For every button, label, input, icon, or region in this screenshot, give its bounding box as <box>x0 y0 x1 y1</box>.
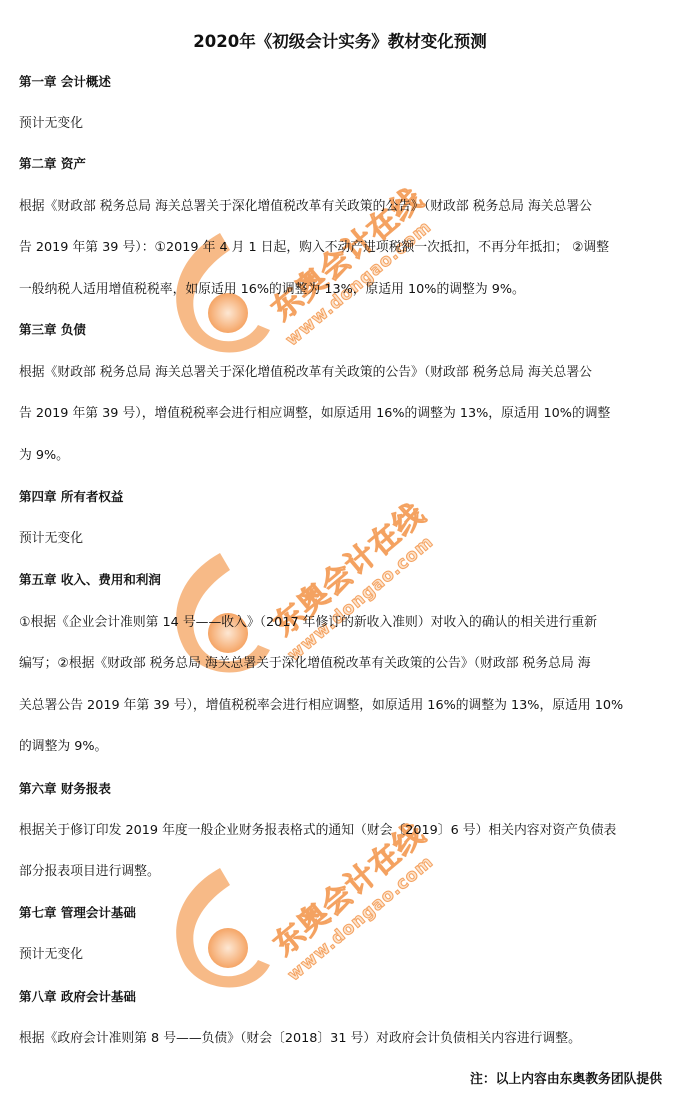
chapter-text: 告 2019 年第 39 号）：①2019 年 4 月 1 日起，购入不动产进项… <box>19 239 664 257</box>
chapter-text: 根据《财政部 税务总局 海关总署关于深化增值税改革有关政策的公告》（财政部 税务… <box>19 198 664 216</box>
chapter-heading: 第五章 收入、费用和利润 <box>19 571 664 589</box>
dongao-swirl-logo-icon <box>160 860 290 1000</box>
chapter-heading: 第二章 资产 <box>19 155 664 173</box>
chapter-text: 预计无变化 <box>19 946 664 964</box>
chapter-text: 根据《财政部 税务总局 海关总署关于深化增值税改革有关政策的公告》（财政部 税务… <box>19 364 664 382</box>
chapter-text: 根据《政府会计准则第 8 号——负债》（财会〔2018〕31 号）对政府会计负债… <box>19 1030 664 1048</box>
chapter-text: 为 9%。 <box>19 447 664 465</box>
chapter-text: ①根据《企业会计准则第 14 号——收入》（2017 年修订的新收入准则）对收入… <box>19 614 664 632</box>
watermark-url-text: www.dongao.com <box>284 532 438 665</box>
chapter-text: 根据关于修订印发 2019 年度一般企业财务报表格式的通知（财会〔2019〕6 … <box>19 822 664 840</box>
chapter-heading: 第七章 管理会计基础 <box>19 904 664 922</box>
chapter-heading: 第一章 会计概述 <box>19 73 664 91</box>
chapter-heading: 第八章 政府会计基础 <box>19 988 664 1006</box>
chapter-text: 部分报表项目进行调整。 <box>19 863 664 881</box>
chapter-text: 预计无变化 <box>19 530 664 548</box>
chapter-text: 的调整为 9%。 <box>19 738 664 756</box>
chapter-text: 编写；②根据《财政部 税务总局 海关总署关于深化增值税改革有关政策的公告》（财政… <box>19 655 664 673</box>
chapter-heading: 第三章 负债 <box>19 321 664 339</box>
chapter-heading: 第六章 财务报表 <box>19 780 664 798</box>
chapter-text: 关总署公告 2019 年第 39 号），增值税税率会进行相应调整，如原适用 16… <box>19 697 664 715</box>
chapter-text: 一般纳税人适用增值税税率，如原适用 16%的调整为 13%，原适用 10%的调整… <box>19 281 664 299</box>
page-title: 2020年《初级会计实务》教材变化预测 <box>0 31 680 53</box>
chapter-text: 告 2019 年第 39 号），增值税税率会进行相应调整，如原适用 16%的调整… <box>19 405 664 423</box>
chapter-heading: 第四章 所有者权益 <box>19 488 664 506</box>
chapter-text: 预计无变化 <box>19 115 664 133</box>
source-note: 注：以上内容由东奥教务团队提供 <box>470 1071 662 1089</box>
